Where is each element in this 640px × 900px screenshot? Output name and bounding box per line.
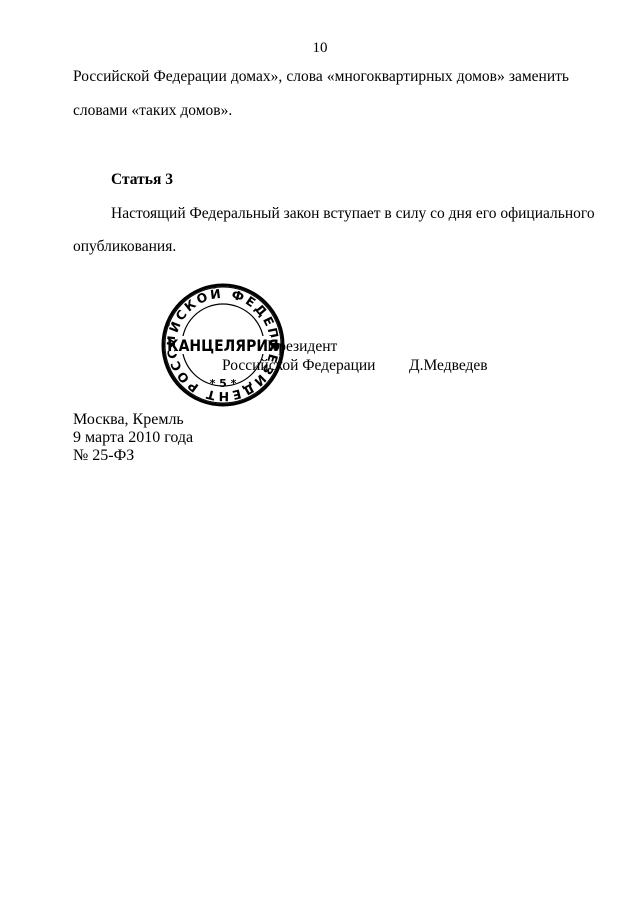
- law-number: № 25-ФЗ: [73, 447, 193, 465]
- continuation-line-1: Российской Федерации домах», слова «мног…: [73, 68, 569, 86]
- signature-title-line-1: Президент: [267, 338, 337, 356]
- svg-text:КАНЦЕЛЯРИЯ: КАНЦЕЛЯРИЯ: [167, 336, 279, 355]
- page-number: 10: [0, 40, 640, 57]
- date: 9 марта 2010 года: [73, 429, 193, 447]
- continuation-line-2: словами «таких домов».: [73, 102, 232, 120]
- article-text-line-1: Настоящий Федеральный закон вступает в с…: [111, 205, 569, 223]
- article-text-line-2: опубликования.: [73, 238, 176, 256]
- place-date-block: Москва, Кремль 9 марта 2010 года № 25-ФЗ: [73, 411, 193, 465]
- signatory-name: Д.Медведев: [409, 357, 488, 375]
- place: Москва, Кремль: [73, 411, 193, 429]
- signature-title-line-2: Российской Федерации: [222, 357, 375, 375]
- document-page: 10 Российской Федерации домах», слова «м…: [0, 0, 640, 900]
- article-heading: Статья 3: [111, 171, 173, 189]
- svg-text:* 5 *: * 5 *: [210, 377, 237, 390]
